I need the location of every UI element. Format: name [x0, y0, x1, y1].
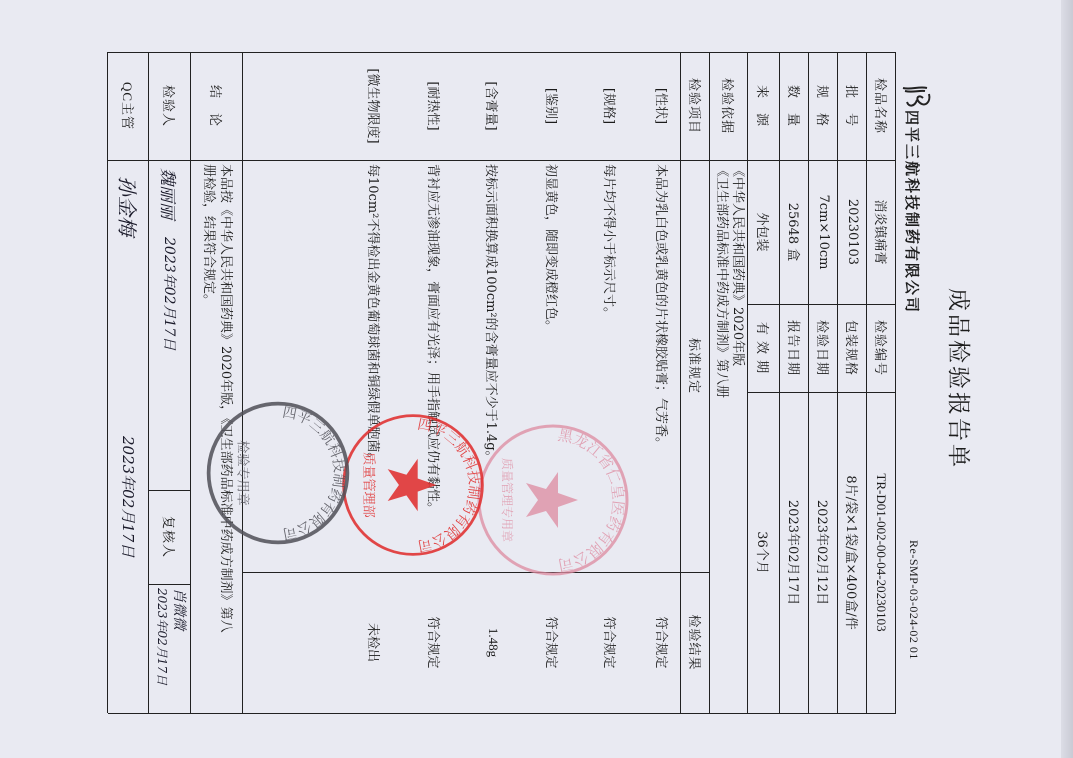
quantity-value: 25648 盒 [780, 160, 809, 304]
inspector-name: 魏丽丽 [158, 168, 183, 219]
item-name: [含膏量] [480, 52, 506, 160]
company-logo-icon [899, 82, 933, 112]
validity-label: 有 效 期 [748, 304, 780, 392]
package-spec-label: 包装规格 [838, 304, 867, 392]
items-header-standard: 标准规定 [681, 160, 710, 572]
reviewer-name: 肖微微 [170, 588, 187, 630]
quantity-label: 数 量 [780, 52, 809, 160]
item-result: 符合规定 [540, 572, 566, 713]
red-stamp-sub: 质量管理部 [360, 452, 376, 518]
inspection-date-value: 2023年02月12日 [809, 392, 838, 713]
package-spec-value: 8片/袋×1袋/盒×400盒/件 [838, 392, 867, 713]
red-stamp: 四平三航科技制药有限公司 质量管理部 [338, 410, 488, 560]
item-name: [微生物限度] [362, 52, 388, 160]
gray-stamp-sub: 检验专用章 [235, 440, 252, 506]
item-name: [规格] [598, 52, 624, 160]
batch-value: 20230103 [838, 160, 867, 304]
reviewer-signature: 肖微微 2023年02月17日 [149, 584, 191, 713]
basis-line-1: 《中华人民共和国药典》2020年版 [729, 164, 745, 366]
border-line [108, 713, 896, 714]
svg-text:四平三航科技制药有限公司: 四平三航科技制药有限公司 [281, 405, 347, 542]
item-result: 符合规定 [650, 572, 676, 713]
items-header-result: 检验结果 [681, 572, 710, 713]
gray-stamp: 四平三航科技制药有限公司 检验专用章 [203, 398, 353, 548]
item-name: [耐热性] [422, 52, 448, 160]
source-label: 来 源 [748, 52, 780, 160]
reviewer-date: 2023年02月17日 [153, 588, 170, 685]
source-value: 外包装 [748, 160, 780, 304]
inspection-report-page: 成品检验报告单 四平三航科技制药有限公司 Re-SMP-03-024-02 01… [0, 0, 1073, 758]
item-result: 1.48g [480, 572, 506, 713]
qc-label: QC主管 [108, 52, 149, 160]
report-table: 检品名称 消炎镇痛膏 检验编号 TR-D01-002-00-04-2023010… [108, 52, 896, 713]
item-result: 未检出 [362, 572, 388, 713]
qc-signature: 孙金梅 [108, 172, 149, 352]
spec-value: 7cm×10cm [809, 160, 838, 304]
items-header-item: 检验项目 [681, 52, 710, 160]
item-result: 符合规定 [598, 572, 624, 713]
conclusion-line-2: 册检验，结果符合规定。 [200, 164, 217, 307]
gray-stamp-text: 四平三航科技制药有限公司 [281, 405, 347, 542]
inspection-date-label: 检验日期 [809, 304, 838, 392]
basis-label: 检验依据 [710, 52, 748, 160]
company-name: 四平三航科技制药有限公司 [902, 110, 923, 314]
inspector-signature: 魏丽丽 2023年02月17日 [149, 164, 191, 490]
document-number: Re-SMP-03-024-02 01 [906, 540, 921, 660]
pink-stamp: 黑龙江省仁皇医药有限公司 质量管理专用章 [473, 420, 633, 580]
product-name-value: 消炎镇痛膏 [867, 160, 896, 304]
spec-label: 规 格 [809, 52, 838, 160]
batch-label: 批 号 [838, 52, 867, 160]
product-name-label: 检品名称 [867, 52, 896, 160]
pink-stamp-sub: 质量管理专用章 [500, 458, 515, 542]
inspection-no-value: TR-D01-002-00-04-20230103 [867, 392, 896, 713]
validity-value: 36个月 [748, 392, 780, 713]
item-name: [性状] [650, 52, 676, 160]
reviewer-label: 复核人 [149, 490, 191, 584]
inspection-no-label: 检验编号 [867, 304, 896, 392]
inspector-label: 检验人 [149, 52, 191, 160]
item-name: [鉴别] [540, 52, 566, 160]
basis-value: 《中华人民共和国药典》2020年版 《卫生部药品标准中药成方制剂》第八册 [710, 160, 748, 713]
report-title: 成品检验报告单 [944, 0, 977, 758]
report-date-label: 报告日期 [780, 304, 809, 392]
conclusion-label: 结 论 [191, 52, 243, 160]
item-result: 符合规定 [422, 572, 448, 713]
item-standard: 本品为乳白色或乳黄色的片状橡胶贴膏；气芳香。 [650, 160, 676, 572]
qc-date: 2023年02月17日 [108, 432, 149, 712]
basis-line-2: 《卫生部药品标准中药成方制剂》第八册 [713, 164, 729, 398]
report-date-value: 2023年02月17日 [780, 392, 809, 713]
inspector-date: 2023年02月17日 [160, 237, 180, 350]
